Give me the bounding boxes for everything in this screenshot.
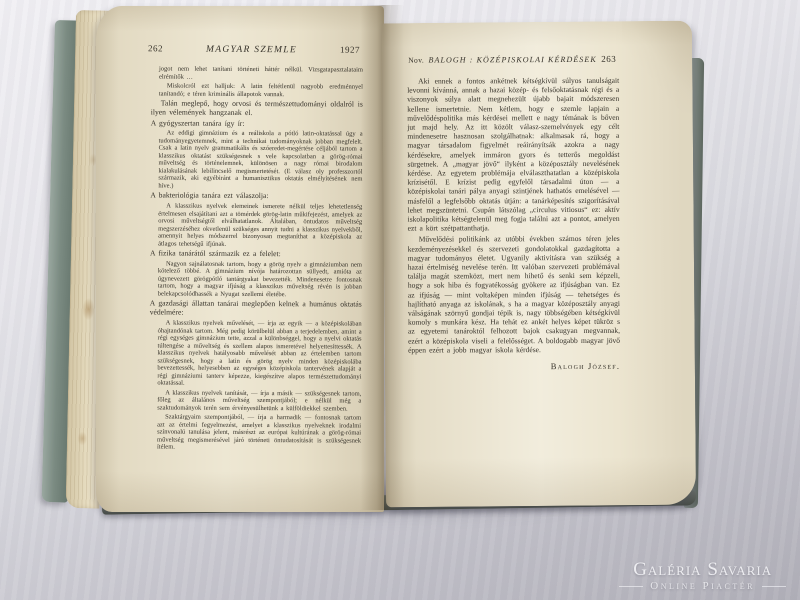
left-page-paragraph: Szaktárgyaim szempontjából, — írja a har… xyxy=(157,414,361,453)
page-fold-crease xyxy=(622,21,693,114)
book-photo-scene: 262 MAGYAR SZEMLE 1927 jogot nem lehet t… xyxy=(0,0,800,600)
right-page: Nov. BALOGH : KÖZÉPISKOLAI KÉRDÉSEK 263 … xyxy=(382,21,696,508)
right-page-date: Nov. xyxy=(408,56,424,65)
right-page-paragraph: Aki ennek a fontos ankétnek kétségkívül … xyxy=(407,76,620,233)
right-running-title: BALOGH : KÖZÉPISKOLAI KÉRDÉSEK xyxy=(428,55,596,65)
left-page-header: 262 MAGYAR SZEMLE 1927 xyxy=(148,43,360,55)
left-page-text-block: jogot nem lehet tanítani történeti hátté… xyxy=(149,65,363,452)
left-page-paragraph: A klasszikus nyelvek tanítását, — írja a… xyxy=(157,389,361,413)
watermark-dash-right xyxy=(762,586,786,587)
watermark-title: Galéria Savaria xyxy=(619,559,786,581)
left-page-paragraph: A klasszikus nyelvek művelését, — írja a… xyxy=(157,320,361,389)
watermark-subtitle-row: Online Piactér xyxy=(619,580,786,592)
left-page-date: 1927 xyxy=(340,45,360,55)
left-page-paragraph: A gazdasági állattan tanárai meglepően k… xyxy=(150,300,362,319)
right-page-text-block: Aki ennek a fontos ankétnek kétségkívül … xyxy=(407,76,620,372)
right-page-paragraph: Művelődési politikánk az utóbbi években … xyxy=(408,234,620,354)
watermark-dash-left xyxy=(619,586,643,587)
watermark: Galéria Savaria Online Piactér xyxy=(619,559,786,592)
left-page-paragraph: A gyógyszertan tanára így ír: xyxy=(151,119,363,129)
left-page: 262 MAGYAR SZEMLE 1927 jogot nem lehet t… xyxy=(96,6,384,512)
left-page-paragraph: Nagyon sajnálatosnak tartom, hogy a görö… xyxy=(158,260,362,299)
watermark-subtitle: Online Piactér xyxy=(650,580,755,592)
left-page-paragraph: A klasszikus nyelvek elemeinek ismerete … xyxy=(158,203,362,249)
right-page-number: 263 xyxy=(601,54,616,64)
right-page-header: Nov. BALOGH : KÖZÉPISKOLAI KÉRDÉSEK 263 xyxy=(408,54,616,65)
left-page-paragraph: Talán meglepő, hogy orvosi és természett… xyxy=(151,99,363,118)
left-page-paragraph: Az eddigi gimnázium és a reáliskola a pó… xyxy=(158,130,362,191)
left-page-paragraph: jogot nem lehet tanítani történeti hátté… xyxy=(159,65,363,81)
left-running-title: MAGYAR SZEMLE xyxy=(206,45,297,56)
left-page-paragraph: A bakteriológia tanára ezt válaszolja: xyxy=(150,192,362,202)
author-signature: Balogh József. xyxy=(408,361,620,372)
left-page-number: 262 xyxy=(148,43,163,53)
left-page-paragraph: A fizika tanárától származik ez a felele… xyxy=(150,250,362,260)
left-page-paragraph: Miskolcról ezt halljuk: A latin feltétle… xyxy=(159,82,363,98)
